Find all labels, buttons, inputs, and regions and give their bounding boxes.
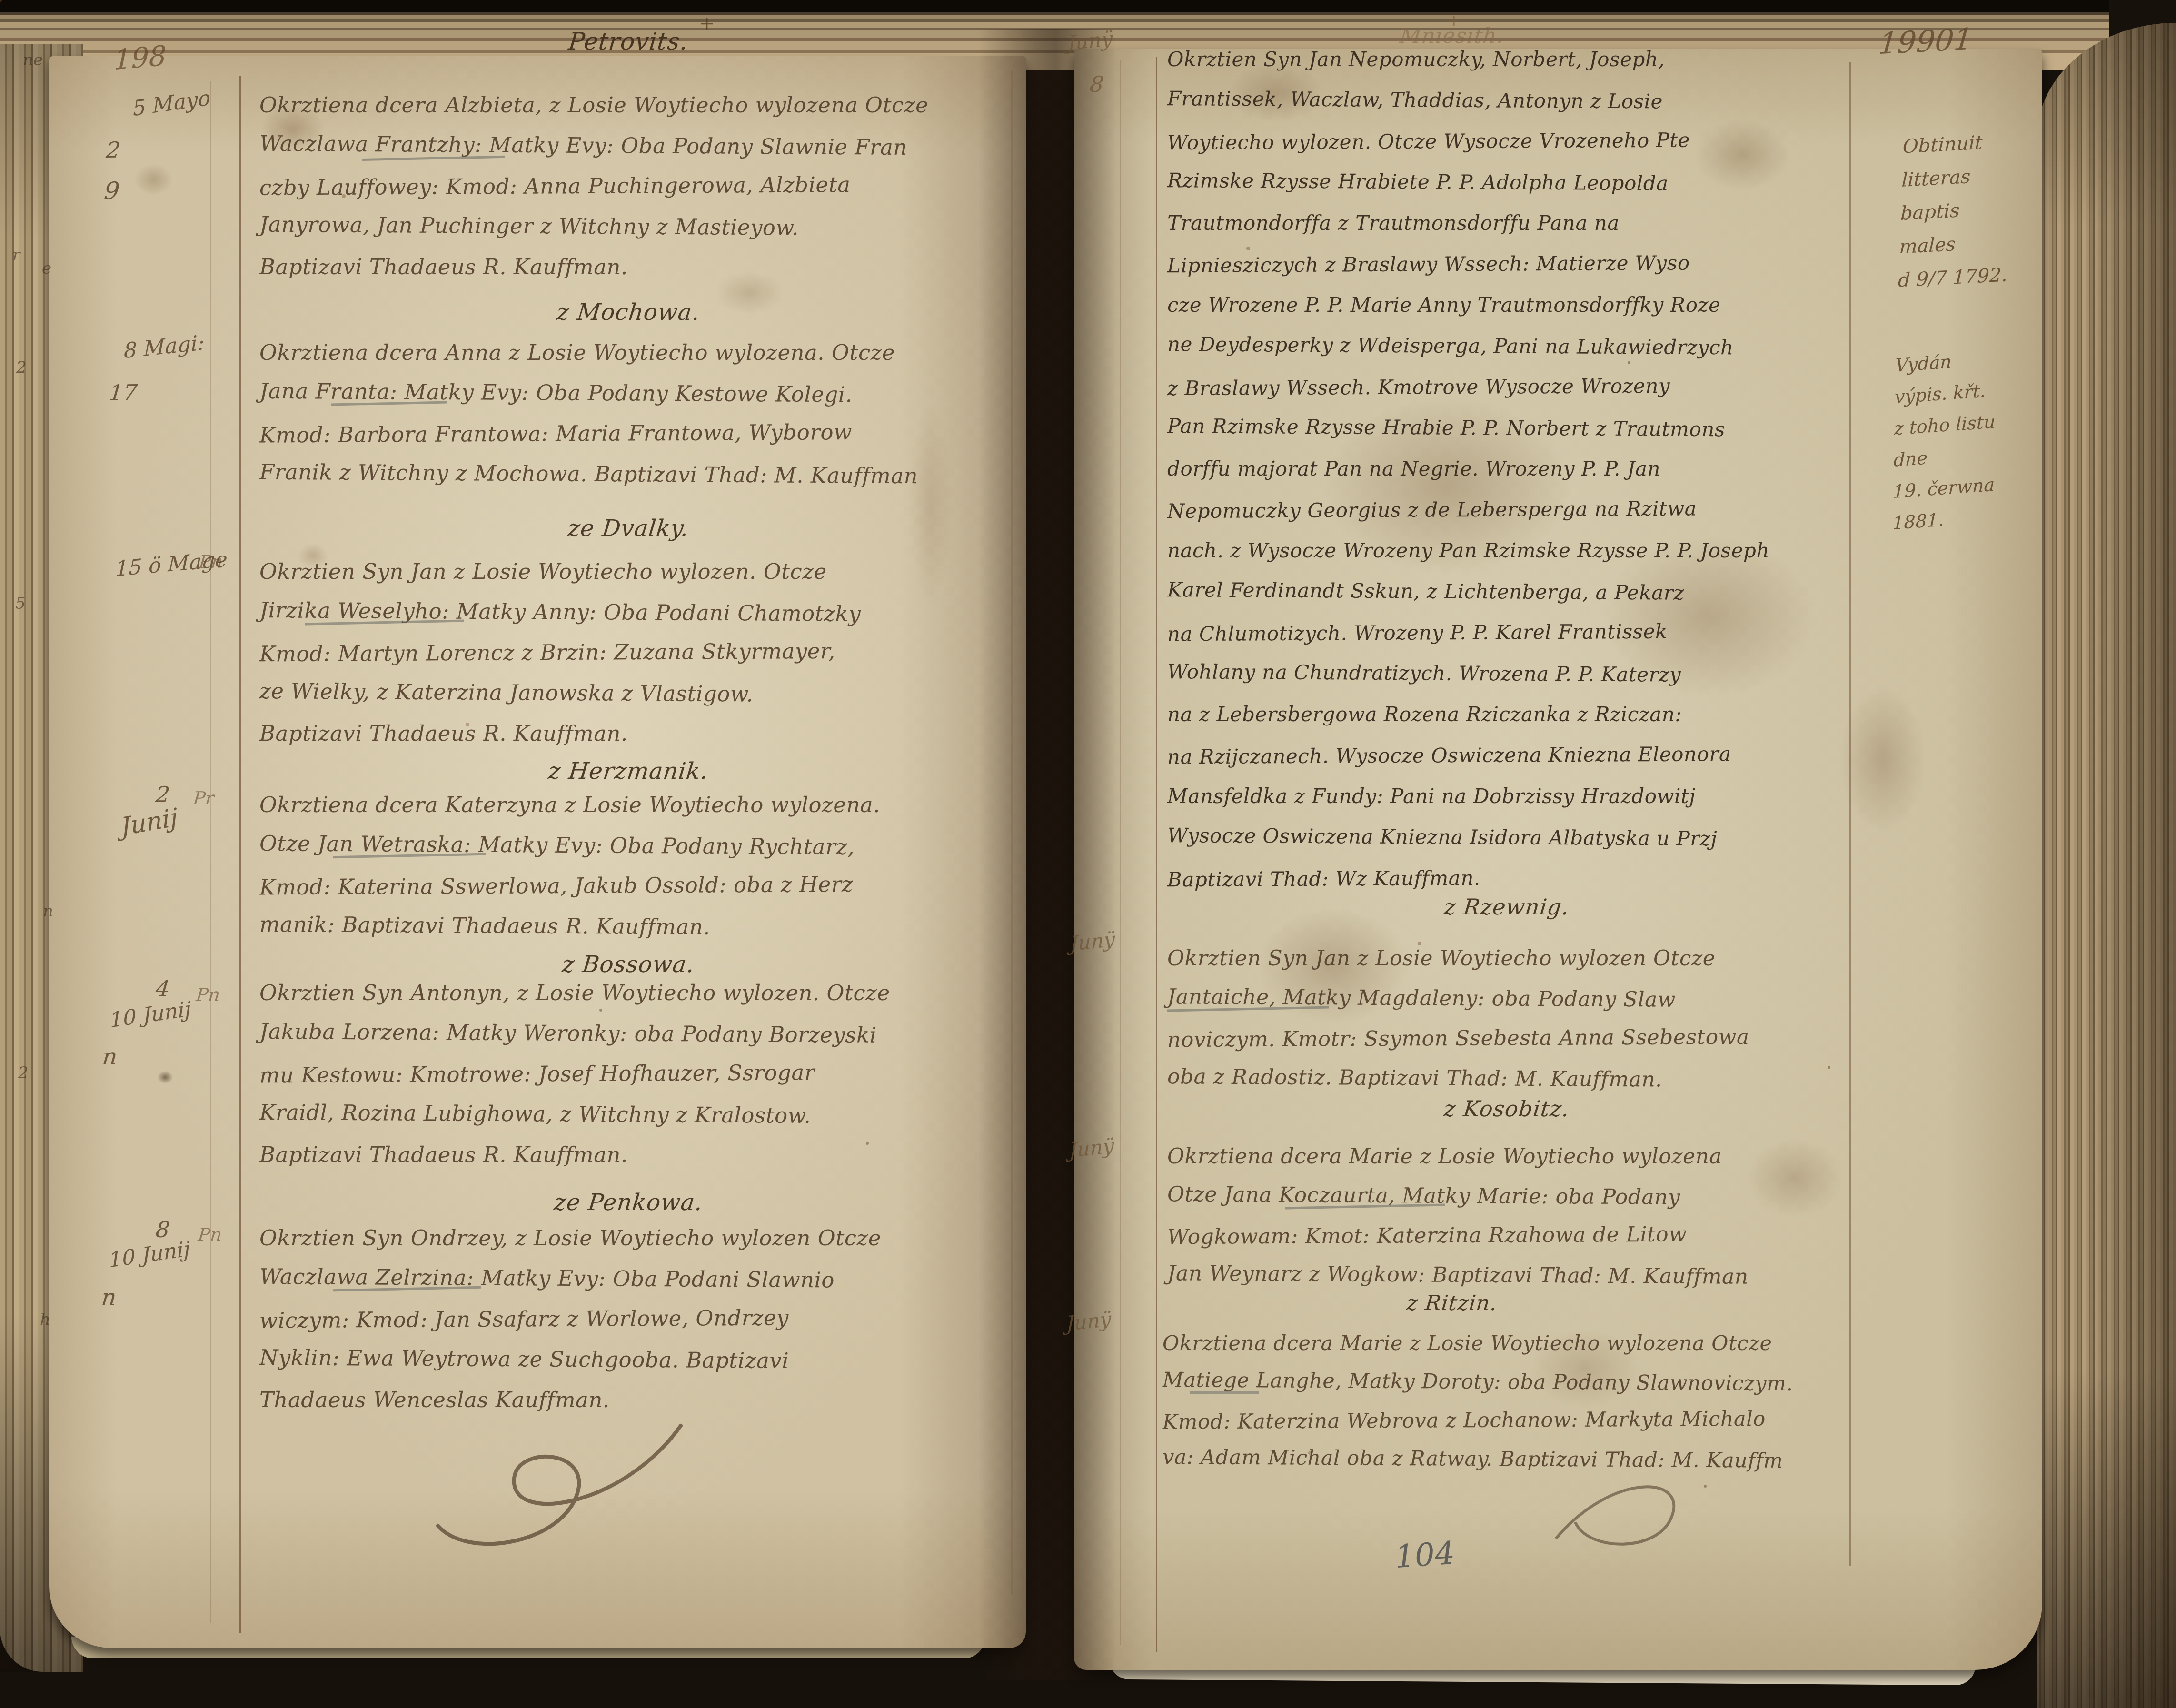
entry-line: Okrztiena dcera Katerzyna z Losie Woytie… [259,784,880,825]
left-page-number: 198 [114,39,167,76]
entry-line: czby Lauffowey: Kmod: Anna Puchingerowa,… [259,164,928,208]
entry-line: Mansfeldka z Fundy: Pani na Dobrzissy Hr… [1167,776,1769,817]
margin-flourish: Pn [195,984,221,1005]
page-edge-mark: 2 [16,358,27,377]
entry-line: noviczym. Kmotr: Ssymon Ssebesta Anna Ss… [1167,1017,1749,1060]
entry-line: Wysocze Oswiczena Kniezna Isidora Albaty… [1167,815,1769,860]
baptism-entry: Okrztien Syn Jan Nepomuczky, Norbert, Jo… [1167,39,1769,899]
entry-line: Kmod: Barbora Frantowa: Maria Frantowa, … [259,411,918,455]
entry-line: wiczym: Kmod: Jan Ssafarz z Worlowe, Ond… [259,1297,881,1341]
entry-date-number: 4 [155,976,171,1002]
entry-line: Kmod: Katerzina Webrova z Lochanow: Mark… [1163,1400,1793,1442]
entry-line: Woytiecho wylozen. Otcze Wysocze Vrozene… [1167,119,1769,164]
entry-line: Rzimske Rzysse Hrabiete P. P. Adolpha Le… [1167,160,1769,205]
section-header-dvalky: ze Dvalky. [256,515,1001,542]
entry-line: z Braslawy Wssech. Kmotrove Wysocze Wroz… [1167,365,1769,409]
entry-line: Otze Jan Wetraska: Matky Evy: Oba Podany… [259,823,880,867]
page-edge-mark: e [42,259,51,278]
page-edge-mark: n [43,902,53,921]
left-page-fold-line [210,81,211,1623]
section-header-petrovits: Petrovits. [256,28,1001,55]
section-header-herzmanik: z Herzmanik. [256,758,1001,784]
entry-date: Junÿ [1069,1134,1114,1162]
entry-line: cze Wrozene P. P. Marie Anny Trautmonsdo… [1167,285,1769,326]
page-edge-mark: 5 [15,594,26,613]
book-fore-edge [2037,23,2176,1708]
section-header-mochowa: z Mochowa. [256,299,1001,326]
margin-flourish: n [101,1043,119,1070]
entry-date-number: 2 [105,137,122,163]
right-page-fold-line [1120,60,1121,1645]
margin-note-line: litteras [1901,158,2011,197]
entry-line: Matiege Langhe, Matky Doroty: oba Podany… [1163,1361,1793,1403]
entry-line: Okrztien Syn Ondrzey, z Losie Woytiecho … [259,1218,881,1258]
entry-line: Kmod: Martyn Lorencz z Brzin: Zuzana Stk… [259,631,861,675]
entry-line: Baptizavi Thadaeus R. Kauffman. [259,247,928,287]
entry-date-number: 9 [103,177,120,205]
entry-line: nach. z Wysocze Wrozeny Pan Rzimske Rzys… [1167,530,1769,571]
entry-line: Kmod: Katerina Sswerlowa, Jakub Ossold: … [259,864,880,908]
entry-line: Frantissek, Waczlaw, Thaddias, Antonyn z… [1167,78,1769,123]
entry-line: Jirzika Weselyho: Matky Anny: Oba Podani… [259,590,861,634]
entry-date-number: 8 [1089,71,1105,97]
pencil-folio-number: 104 [1393,1535,1456,1576]
page-edge-mark: ne [23,50,43,70]
left-page-gutter-rule [1011,71,1013,1595]
margin-note-line: Obtinuit [1902,124,2013,163]
baptism-entry: Okrztiena dcera Marie z Losie Woytiecho … [1167,1137,1749,1295]
entry-line: Jana Franta: Matky Evy: Oba Podany Kesto… [259,371,918,415]
section-header-penkowa: ze Penkowa. [256,1189,1001,1216]
margin-flourish: n [100,1284,118,1311]
entry-line: Nepomuczky Georgius z de Lebersperga na … [1167,488,1769,532]
entry-date-number: 2 [155,782,171,807]
entry-line: va: Adam Michal oba z Ratway. Baptizavi … [1163,1438,1793,1480]
baptism-entry: Okrztiena dcera Katerzyna z Losie Woytie… [259,784,880,946]
margin-note-line: males [1898,225,2009,264]
entry-line: Franik z Witchny z Mochowa. Baptizavi Th… [259,452,918,496]
entry-line: Okrztien Syn Jan Nepomuczky, Norbert, Jo… [1167,39,1769,80]
section-header-ritzin: z Ritzin. [1165,1291,1739,1315]
entry-line: Wohlany na Chundratizych. Wrozena P. P. … [1167,651,1769,696]
baptism-entry: Okrztien Syn Ondrzey, z Losie Woytiecho … [259,1218,881,1420]
baptism-entry: Okrztien Syn Jan z Losie Woytiecho wyloz… [259,551,861,754]
entry-line: Otze Jana Koczaurta, Matky Marie: oba Po… [1167,1174,1749,1217]
entry-line: oba z Radostiz. Baptizavi Thad: M. Kauff… [1167,1057,1749,1100]
entry-line: Okrztien Syn Jan z Losie Woytiecho wyloz… [259,551,861,592]
entry-line: ne Deydesperky z Wdeisperga, Pani na Luk… [1167,324,1769,368]
right-page-note-rule [1849,62,1851,1566]
entry-line: Karel Ferdinandt Sskun, z Lichtenberga, … [1167,569,1769,614]
baptism-entry: Okrztien Syn Jan z Losie Woytiecho wyloz… [1167,939,1749,1099]
entry-line: Jakuba Lorzena: Matky Weronky: oba Podan… [259,1011,890,1055]
entry-line: Okrztiena dcera Marie z Losie Woytiecho … [1163,1324,1793,1363]
baptism-entry: Okrztiena dcera Marie z Losie Woytiecho … [1163,1324,1793,1479]
entry-line: Lipniesziczych z Braslawy Wssech: Matier… [1167,242,1769,287]
baptism-entry: Okrztiena dcera Anna z Losie Woytiecho w… [259,332,918,494]
margin-flourish: Pr [192,788,215,809]
entry-date: Junÿ [1066,1307,1111,1335]
entry-line: Janyrowa, Jan Puchinger z Witchny z Mast… [259,204,929,249]
entry-line: Okrztien Syn Antonyn, z Losie Woytiecho … [259,973,890,1013]
right-page-margin-rule [1156,57,1157,1652]
entry-line: Okrztien Syn Jan z Losie Woytiecho wyloz… [1167,939,1749,979]
margin-note-czech: Vydán výpis. křt. z toho listu dne 19. č… [1892,343,1997,539]
entry-line: Pan Rzimske Rzysse Hrabie P. P. Norbert … [1167,406,1769,450]
entry-date: Junÿ [1070,927,1115,955]
entry-line: Kraidl, Rozina Lubighowa, z Witchny z Kr… [259,1092,890,1136]
margin-note-line: baptis [1900,191,2010,230]
entry-line: dorffu majorat Pan na Negrie. Wrozeny P.… [1167,448,1769,489]
entry-line: na Rzijczanech. Wysocze Oswiczena Kniezn… [1167,734,1769,778]
page-edge-mark: r [12,246,20,265]
margin-flourish: Pn [197,1224,223,1245]
margin-note-line: d 9/7 1792. [1898,258,2008,297]
entry-line: manik: Baptizavi Thadaeus R. Kauffman. [259,904,880,948]
entry-line: Jantaiche, Matky Magdaleny: oba Podany S… [1167,977,1749,1020]
entry-line: Waczlawa Zelrzina: Matky Evy: Oba Podani… [259,1256,881,1301]
entry-line: Thadaeus Wenceslas Kauffman. [259,1380,881,1420]
entry-line: na z Lebersbergowa Rozena Rziczanka z Rz… [1167,694,1769,735]
right-page-number: 19901 [1878,21,1974,61]
entry-line: Baptizavi Thadaeus R. Kauffman. [259,713,861,754]
baptism-entry: Okrztiena dcera Alzbieta, z Losie Woytie… [259,85,928,287]
section-header-kosobitz: z Kosobitz. [1165,1096,1848,1122]
entry-line: Jan Weynarz z Wogkow: Baptizavi Thad: M.… [1167,1253,1749,1296]
section-header-rzewnig: z Rzewnig. [1165,894,1848,920]
margin-note-latin: Obtinuit litteras baptis males d 9/7 179… [1898,124,2013,297]
entry-line: mu Kestowu: Kmotrowe: Josef Hofhauzer, S… [259,1052,890,1096]
entry-line: ze Wielky, z Katerzina Janowska z Vlasti… [259,671,861,715]
paper-specks [0,0,2,2]
entry-line: Nyklin: Ewa Weytrowa ze Suchgooba. Bapti… [259,1337,881,1381]
entry-date-number: 17 [108,379,139,406]
page-edge-mark: 2 [18,1063,29,1082]
entry-line: Waczlawa Frantzhy: Matky Evy: Oba Podany… [259,123,929,168]
entry-line: Baptizavi Thadaeus R. Kauffman. [259,1134,890,1175]
entry-line: Wogkowam: Kmot: Katerzina Rzahowa de Lit… [1167,1214,1749,1257]
page-edge-mark: h [40,1310,50,1329]
pencil-underline-stroke [1190,1391,1259,1394]
left-page-margin-rule [239,76,241,1633]
entry-line: Trautmondorffa z Trautmonsdorffu Pana na [1167,203,1769,244]
baptism-entry: Okrztien Syn Antonyn, z Losie Woytiecho … [259,973,890,1175]
entry-line: Okrztiena dcera Marie z Losie Woytiecho … [1167,1137,1749,1176]
entry-date: Junÿ [1068,27,1113,55]
entry-date-number: 8 [155,1217,171,1242]
entry-line: Okrztiena dcera Alzbieta, z Losie Woytie… [259,85,928,125]
entry-line: na Chlumotizych. Wrozeny P. P. Karel Fra… [1167,611,1769,655]
entry-line: Okrztiena dcera Anna z Losie Woytiecho w… [259,332,918,373]
